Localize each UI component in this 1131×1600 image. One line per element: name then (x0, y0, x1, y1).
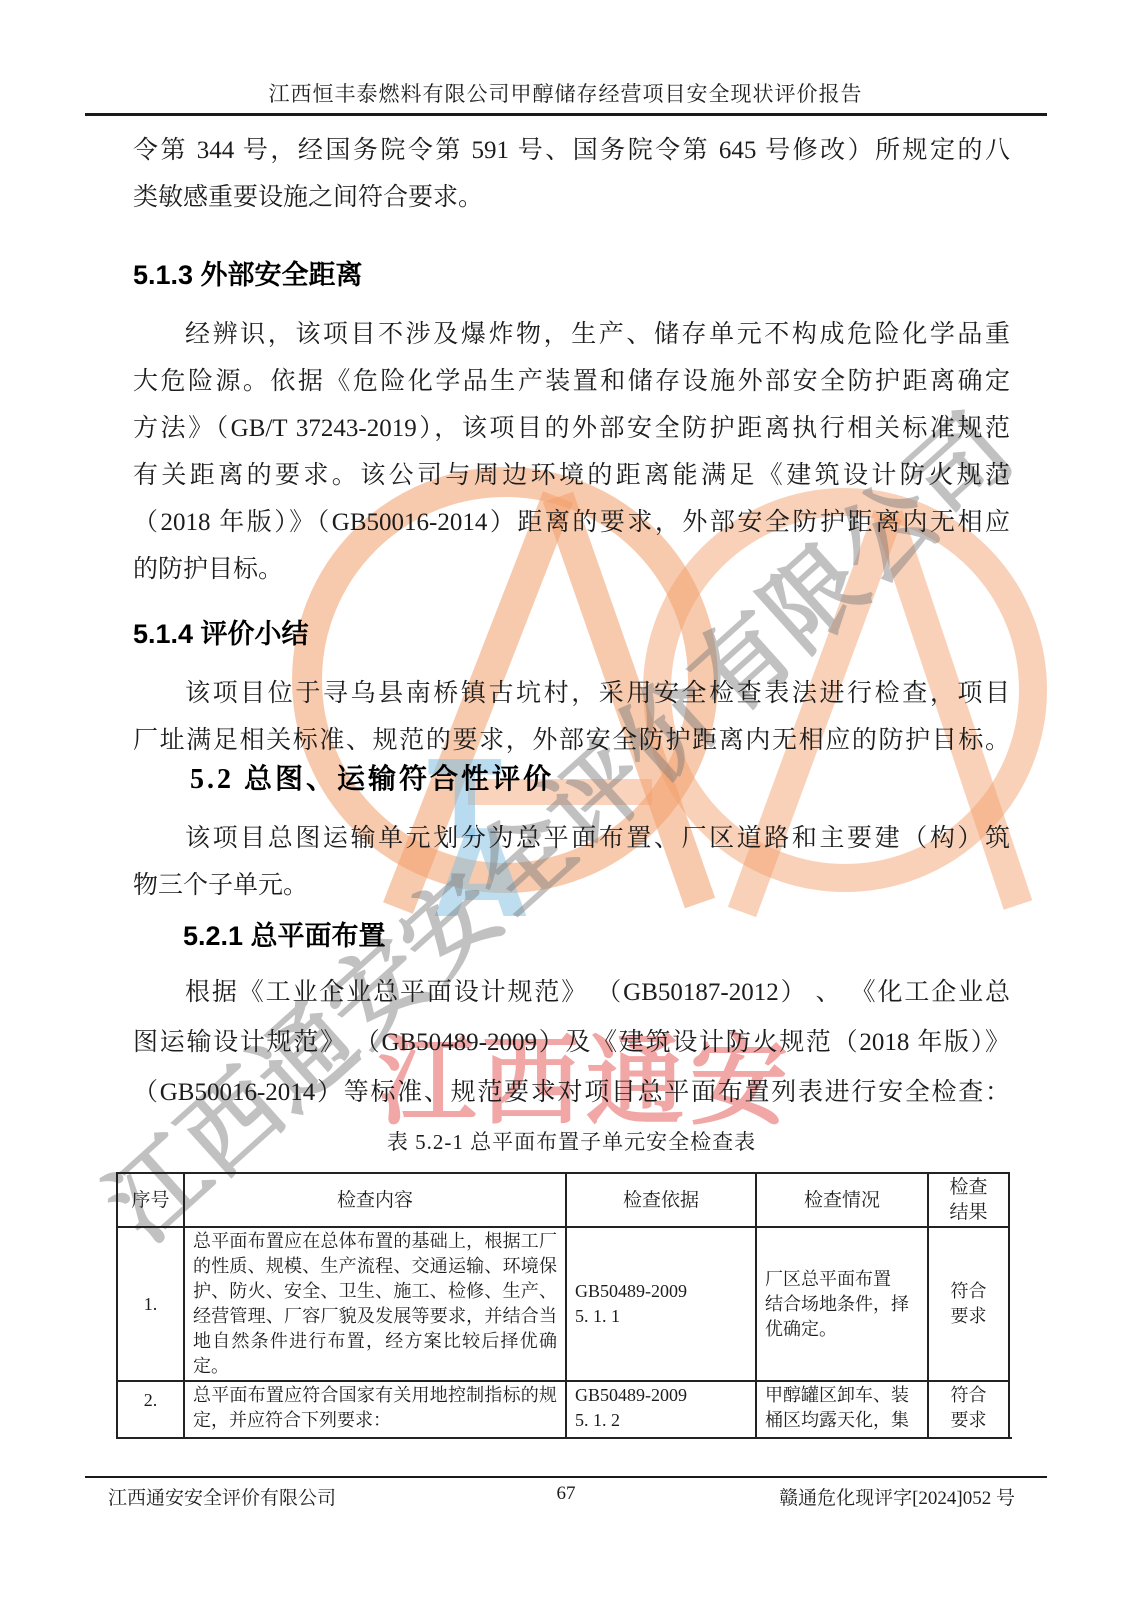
paragraph-line: 该项目总图运输单元划分为总平面布置、厂区道路和主要建（构）筑 (133, 815, 1010, 862)
page-footer: 67 江西通安安全评价有限公司 赣通危化现评字[2024]052 号 (85, 1483, 1047, 1509)
paragraph-line: 根据《工业企业总平面设计规范》 （GB50187-2012） 、 《化工企业总 (133, 968, 1010, 1018)
check-result: 符合 要求 (928, 1227, 1009, 1381)
paragraph-line: 物三个子单元。 (133, 862, 1010, 909)
paragraph-line: 的防护目标。 (133, 546, 1010, 593)
paragraph-line: （2018 年版）》（GB50016-2014）距离的要求，外部安全防护距离内无… (133, 499, 1010, 546)
paragraph-line: （GB50016-2014）等标准、规范要求对项目总平面布置列表进行安全检查： (133, 1068, 1010, 1118)
col-header-basis: 检查依据 (566, 1173, 756, 1227)
safety-check-table: 序号 检查内容 检查依据 检查情况 检查 结果 1. 总平面布置应在总体布置的基… (116, 1172, 1010, 1439)
paragraph-continued: 令第 344 号，经国务院令第 591 号、国务院令第 645 号修改）所规定的… (133, 127, 1010, 221)
check-content: 总平面布置应在总体布置的基础上，根据工厂的性质、规模、生产流程、交通运输、环境保… (184, 1227, 566, 1381)
paragraph-general-layout: 根据《工业企业总平面设计规范》 （GB50187-2012） 、 《化工企业总 … (133, 968, 1010, 1118)
table-row: 2. 总平面布置应符合国家有关用地控制指标的规定，并应符合下列要求： GB504… (117, 1381, 1009, 1439)
heading-5-2-1: 5.2.1 总平面布置 (133, 914, 1010, 953)
check-basis: GB50489-2009 5. 1. 1 (566, 1227, 756, 1381)
col-header-content: 检查内容 (184, 1173, 566, 1227)
paragraph-layout-transport: 该项目总图运输单元划分为总平面布置、厂区道路和主要建（构）筑 物三个子单元。 (133, 815, 1010, 909)
footer-doc-number: 赣通危化现评字[2024]052 号 (779, 1483, 1015, 1510)
col-header-situation: 检查情况 (756, 1173, 928, 1227)
paragraph-line: 类敏感重要设施之间符合要求。 (133, 174, 1010, 221)
heading-5-1-4: 5.1.4 评价小结 (133, 612, 1010, 651)
check-situation: 厂区总平面布置 结合场地条件，择 优确定。 (756, 1227, 928, 1381)
paragraph-line: 该项目位于寻乌县南桥镇古坑村，采用安全检查表法进行检查，项目 (133, 670, 1010, 717)
running-header-title: 江西恒丰泰燃料有限公司甲醇储存经营项目安全现状评价报告 (0, 78, 1131, 108)
table-row: 1. 总平面布置应在总体布置的基础上，根据工厂的性质、规模、生产流程、交通运输、… (117, 1227, 1009, 1381)
page-content: 江西恒丰泰燃料有限公司甲醇储存经营项目安全现状评价报告 令第 344 号，经国务… (0, 0, 1131, 1600)
table-caption: 表 5.2-1 总平面布置子单元安全检查表 (133, 1126, 1010, 1156)
paragraph-external-safety-distance: 经辨识，该项目不涉及爆炸物，生产、储存单元不构成危险化学品重 大危险源。依据《危… (133, 311, 1010, 593)
check-content: 总平面布置应符合国家有关用地控制指标的规定，并应符合下列要求： (184, 1381, 566, 1439)
footer-rule (85, 1476, 1047, 1478)
footer-company: 江西通安安全评价有限公司 (108, 1483, 336, 1510)
row-number: 1. (117, 1227, 184, 1381)
row-number: 2. (117, 1381, 184, 1439)
col-header-result: 检查 结果 (928, 1173, 1009, 1227)
paragraph-evaluation-summary: 该项目位于寻乌县南桥镇古坑村，采用安全检查表法进行检查，项目 厂址满足相关标准、… (133, 670, 1010, 764)
table-header-row: 序号 检查内容 检查依据 检查情况 检查 结果 (117, 1173, 1009, 1227)
paragraph-line: 方法》（GB/T 37243-2019），该项目的外部安全防护距离执行相关标准规… (133, 405, 1010, 452)
check-situation: 甲醇罐区卸车、装 桶区均露天化，集 (756, 1381, 928, 1439)
header-rule (85, 113, 1047, 116)
check-result: 符合 要求 (928, 1381, 1009, 1439)
paragraph-line: 经辨识，该项目不涉及爆炸物，生产、储存单元不构成危险化学品重 (133, 311, 1010, 358)
paragraph-line: 令第 344 号，经国务院令第 591 号、国务院令第 645 号修改）所规定的… (133, 127, 1010, 174)
col-header-no: 序号 (117, 1173, 184, 1227)
heading-5-2: 5.2 总图、运输符合性评价 (133, 757, 1010, 797)
heading-5-1-3: 5.1.3 外部安全距离 (133, 253, 1010, 292)
document-page: T A 江西通安安全评价有限公司 江西通安 江西恒丰泰燃料有限公司甲醇储存经营项… (0, 0, 1131, 1600)
paragraph-line: 有关距离的要求。该公司与周边环境的距离能满足《建筑设计防火规范 (133, 452, 1010, 499)
paragraph-line: 大危险源。依据《危险化学品生产装置和储存设施外部安全防护距离确定 (133, 358, 1010, 405)
paragraph-line: 图运输设计规范》 （GB50489-2009）及《建筑设计防火规范（2018 年… (133, 1018, 1010, 1068)
safety-check-table-wrapper: 序号 检查内容 检查依据 检查情况 检查 结果 1. 总平面布置应在总体布置的基… (116, 1172, 1012, 1439)
check-basis: GB50489-2009 5. 1. 2 (566, 1381, 756, 1439)
